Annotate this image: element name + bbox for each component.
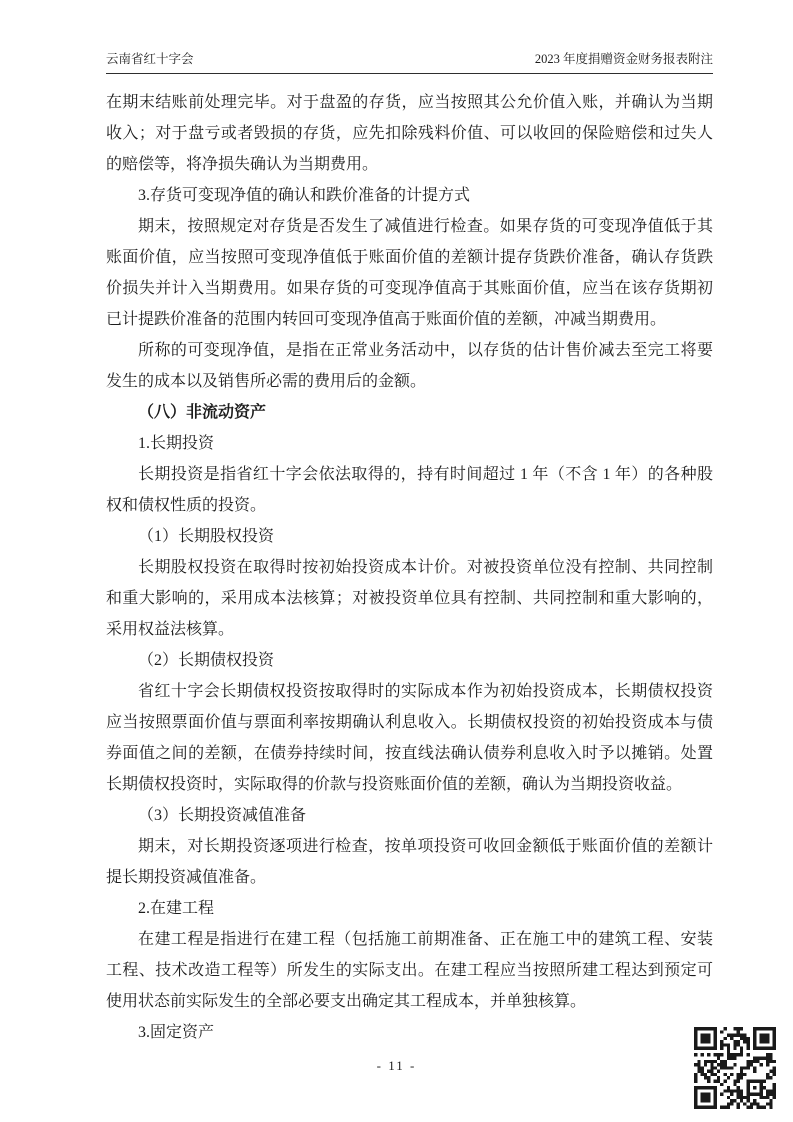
document-body: 在期末结账前处理完毕。对于盘盈的存货，应当按照其公允价值入账，并确认为当期收入；… [106,87,713,1048]
document-page: 云南省红十字会 2023 年度捐赠资金财务报表附注 在期末结账前处理完毕。对于盘… [0,0,793,1122]
paragraph: （2）长期债权投资 [106,645,713,676]
paragraph: 1.长期投资 [106,428,713,459]
paragraph: 省红十字会长期债权投资按取得时的实际成本作为初始投资成本，长期债权投资应当按照票… [106,676,713,800]
paragraph: （1）长期股权投资 [106,521,713,552]
paragraph: 期末，对长期投资逐项进行检查，按单项投资可收回金额低于账面价值的差额计提长期投资… [106,831,713,893]
page-number: - 11 - [377,1058,417,1073]
paragraph: （3）长期投资减值准备 [106,800,713,831]
paragraph: 2.在建工程 [106,893,713,924]
page-footer: - 11 - [0,1058,793,1074]
paragraph: 在期末结账前处理完毕。对于盘盈的存货，应当按照其公允价值入账，并确认为当期收入；… [106,87,713,180]
paragraph: 长期投资是指省红十字会依法取得的，持有时间超过 1 年（不含 1 年）的各种股权… [106,459,713,521]
page-header: 云南省红十字会 2023 年度捐赠资金财务报表附注 [106,50,713,74]
paragraph: 期末，按照规定对存货是否发生了减值进行检查。如果存货的可变现净值低于其账面价值，… [106,211,713,335]
paragraph: 在建工程是指进行在建工程（包括施工前期准备、正在施工中的建筑工程、安装工程、技术… [106,924,713,1017]
paragraph: 长期股权投资在取得时按初始投资成本计价。对被投资单位没有控制、共同控制和重大影响… [106,552,713,645]
paragraph: 3.固定资产 [106,1017,713,1048]
section-heading: （八）非流动资产 [106,397,713,428]
header-org-name: 云南省红十字会 [106,50,194,68]
qr-code-icon [694,1027,776,1109]
paragraph: 3.存货可变现净值的确认和跌价准备的计提方式 [106,180,713,211]
header-report-title: 2023 年度捐赠资金财务报表附注 [535,50,713,68]
paragraph: 所称的可变现净值，是指在正常业务活动中，以存货的估计售价减去至完工将要发生的成本… [106,335,713,397]
